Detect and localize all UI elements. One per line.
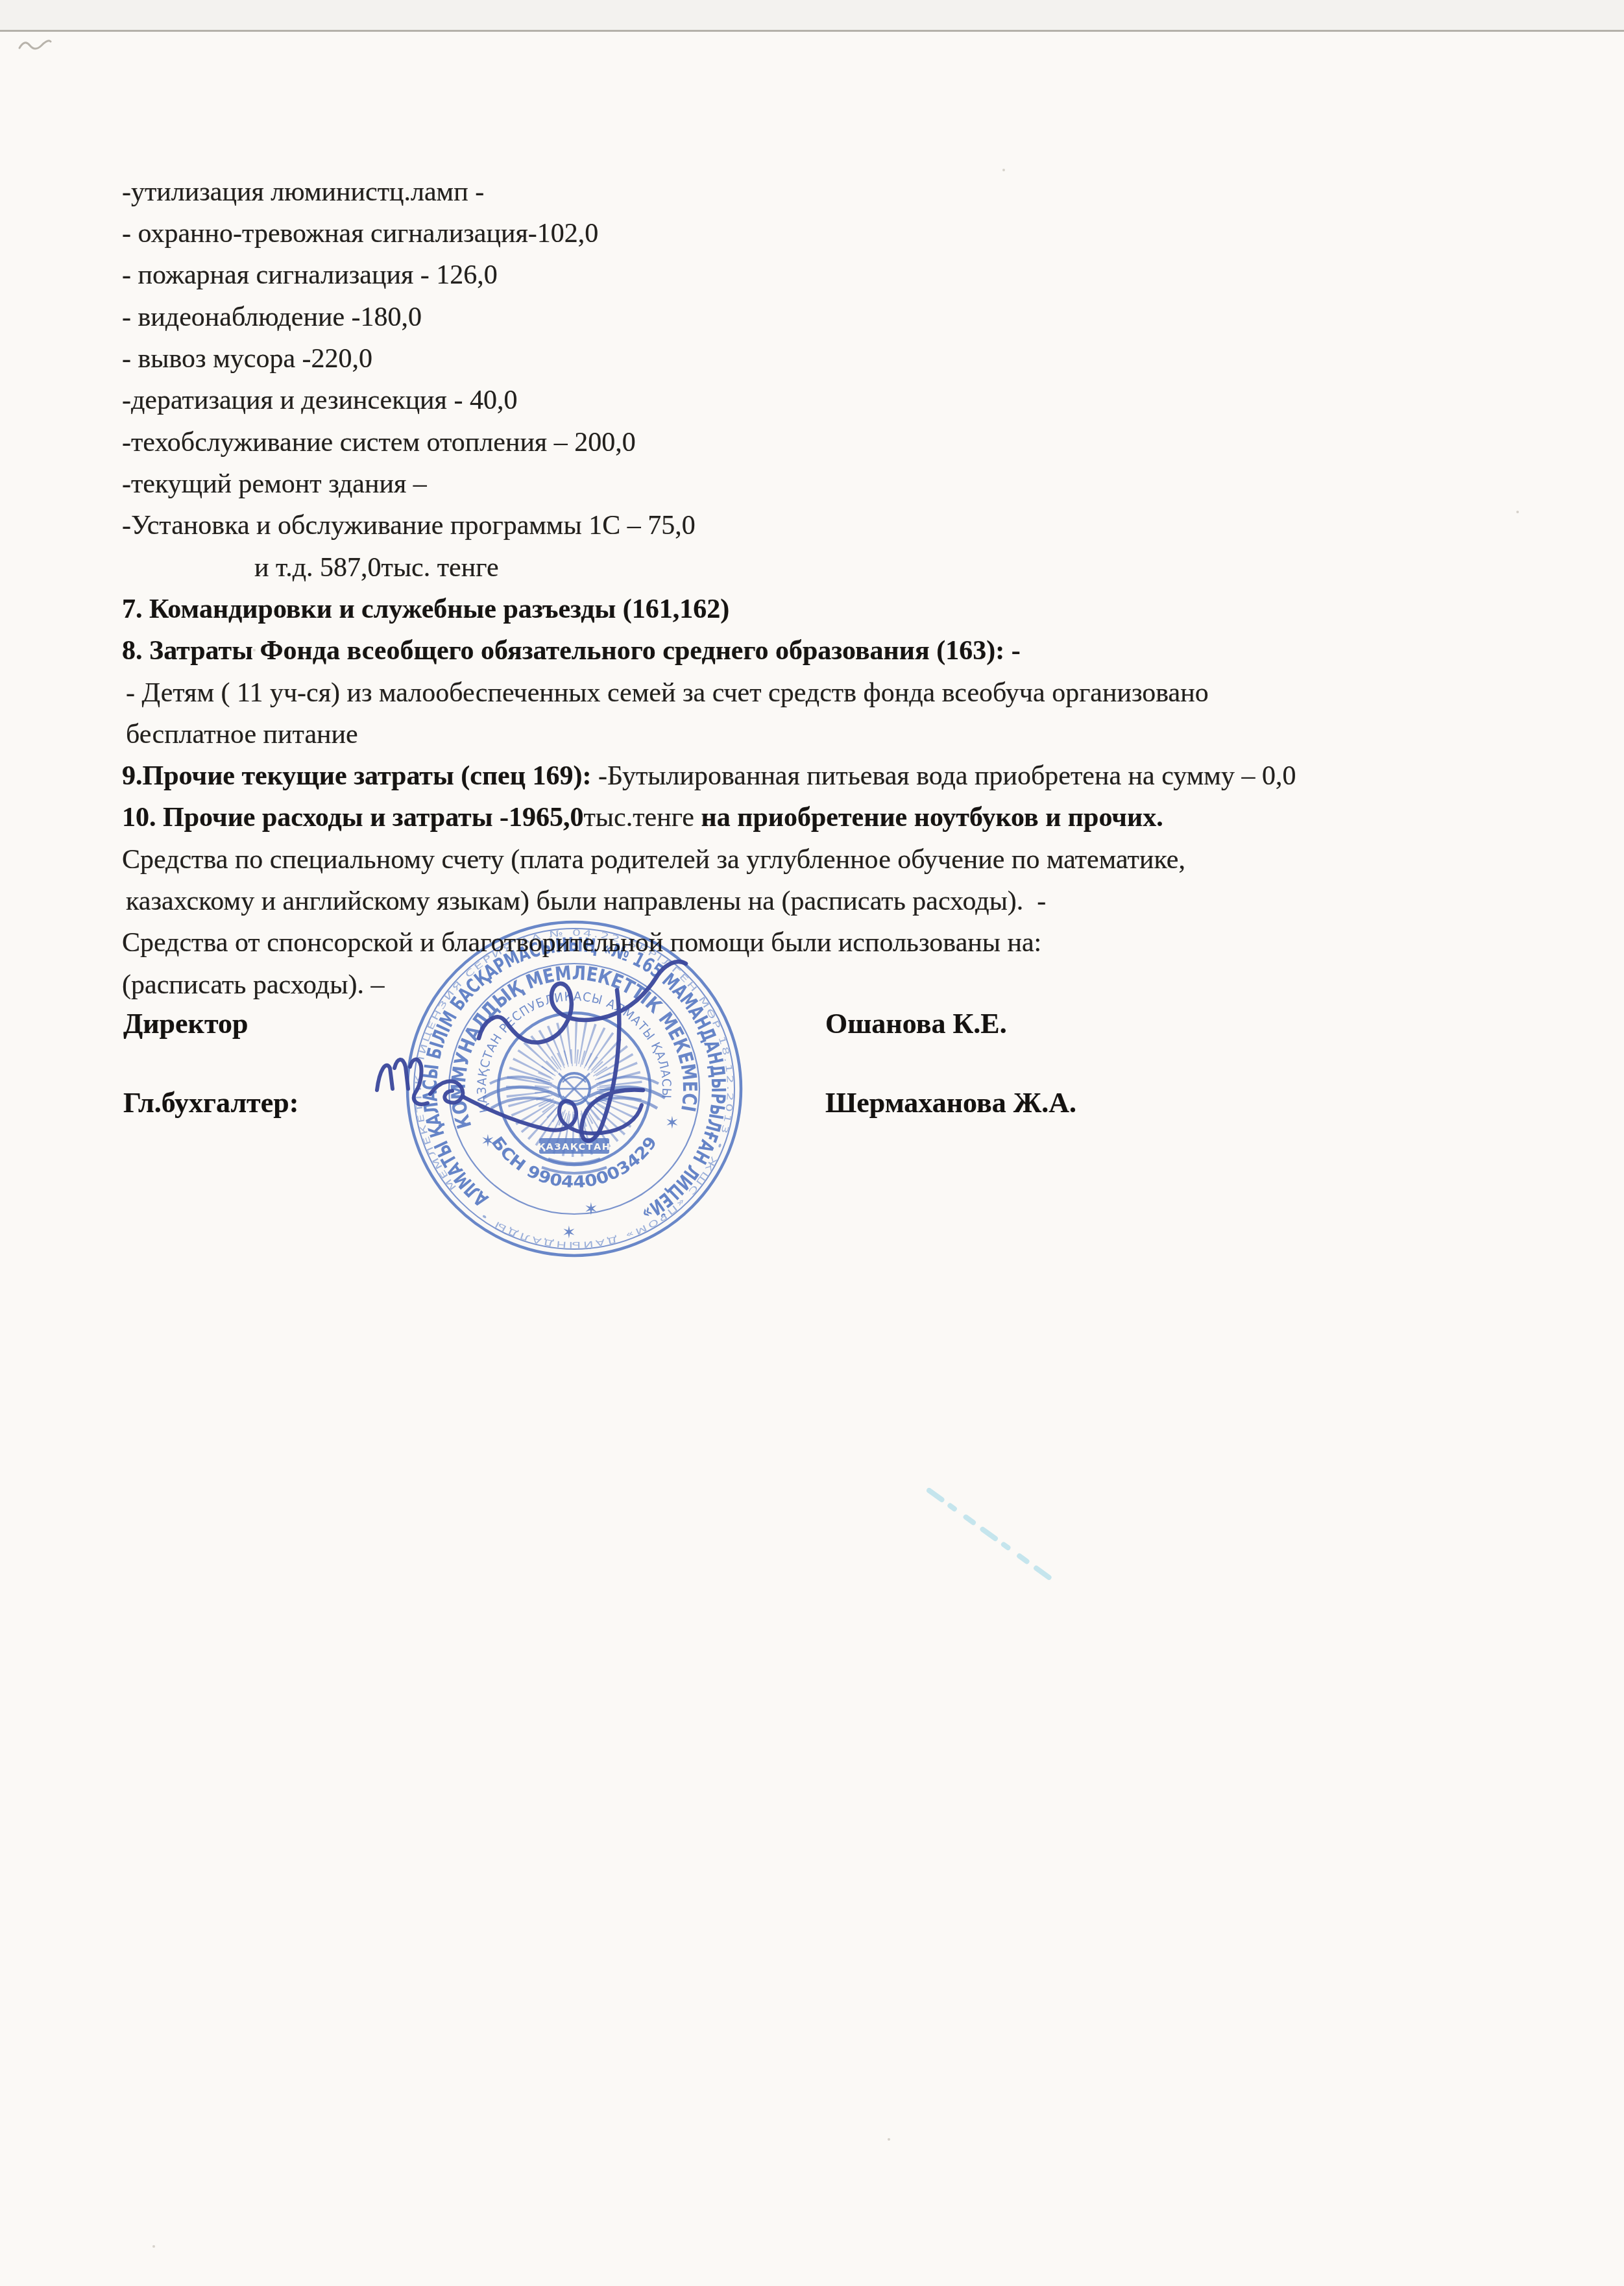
accountant-role-label: Гл.бухгалтер: [123, 1086, 298, 1119]
expense-line-item: -утилизация люминистц.ламп - [122, 172, 484, 212]
star-icon: ✶ [562, 1223, 576, 1243]
star-icon: ✶ [665, 1113, 679, 1133]
accountant-name: Шермаханова Ж.А. [825, 1086, 1076, 1119]
section-9-text: -Бутылированная питьевая вода приобретен… [591, 761, 1296, 791]
scan-speck [253, 649, 256, 651]
scan-speck [152, 2245, 155, 2248]
pencil-mark [17, 32, 56, 56]
expense-line-item: - охранно-тревожная сигнализация-102,0 [122, 213, 598, 254]
stamp-center-label: ҚАЗАҚСТАН [538, 1142, 611, 1152]
expense-line-item: - вывоз мусора -220,0 [122, 339, 372, 379]
cyan-smudge-mark [921, 1483, 1077, 1599]
section-9-line: 9.Прочие текущие затраты (спец 169): -Бу… [122, 756, 1296, 796]
section-10-heading-tail: на приобретение ноутбуков и прочих. [694, 803, 1163, 833]
expense-line-item: - пожарная сигнализация - 126,0 [122, 255, 498, 295]
expense-line-item: - видеонаблюдение -180,0 [122, 297, 422, 337]
stamp-center-banner: ҚАЗАҚСТАН [538, 1138, 611, 1154]
etc-total-line: и т.д. 587,0тыс. тенге [254, 548, 499, 588]
section-7-heading: 7. Командировки и служебные разъезды (16… [122, 589, 729, 629]
scan-speck [1516, 511, 1519, 513]
section-10-heading: 10. Прочие расходы и затраты -1965,0 [122, 803, 583, 833]
section-8-note-line: - Детям ( 11 уч-ся) из малообеспеченных … [126, 673, 1209, 713]
star-icon: ✶ [584, 1200, 598, 1219]
expense-line-item: -Установка и обслуживание программы 1С –… [122, 505, 696, 546]
section-8-heading: 8. Затраты Фонда всеобщего обязательного… [122, 631, 1021, 671]
director-role-label: Директор [123, 1007, 248, 1040]
section-10-line: 10. Прочие расходы и затраты -1965,0тыс.… [122, 797, 1163, 838]
scan-edge-line [0, 30, 1624, 32]
scanned-document-page: -утилизация люминистц.ламп - - охранно-т… [0, 0, 1624, 2286]
scan-speck [1002, 169, 1005, 171]
expense-line-item: -техобслуживание систем отопления – 200,… [122, 422, 636, 463]
scan-edge-strip [0, 0, 1624, 30]
director-name: Ошанова К.Е. [825, 1007, 1007, 1040]
section-9-heading: 9.Прочие текущие затраты (спец 169): [122, 761, 591, 791]
scan-speck [888, 2138, 890, 2141]
official-stamp: МЕМЛЕКЕТТІК ЛИЦЕНЗИЯ СЕРИЯ АА № 04.22 БЕ… [354, 868, 795, 1309]
section-10-units: тыс.тенге [583, 803, 694, 833]
star-icon: ✶ [481, 1132, 495, 1151]
expense-line-item: -текущий ремонт здания – [122, 464, 427, 504]
paragraph-sponsor-funds: (расписать расходы). – [122, 965, 384, 1005]
section-8-note-line: бесплатное питание [126, 714, 358, 755]
expense-line-item: -дератизация и дезинсекция - 40,0 [122, 380, 517, 420]
